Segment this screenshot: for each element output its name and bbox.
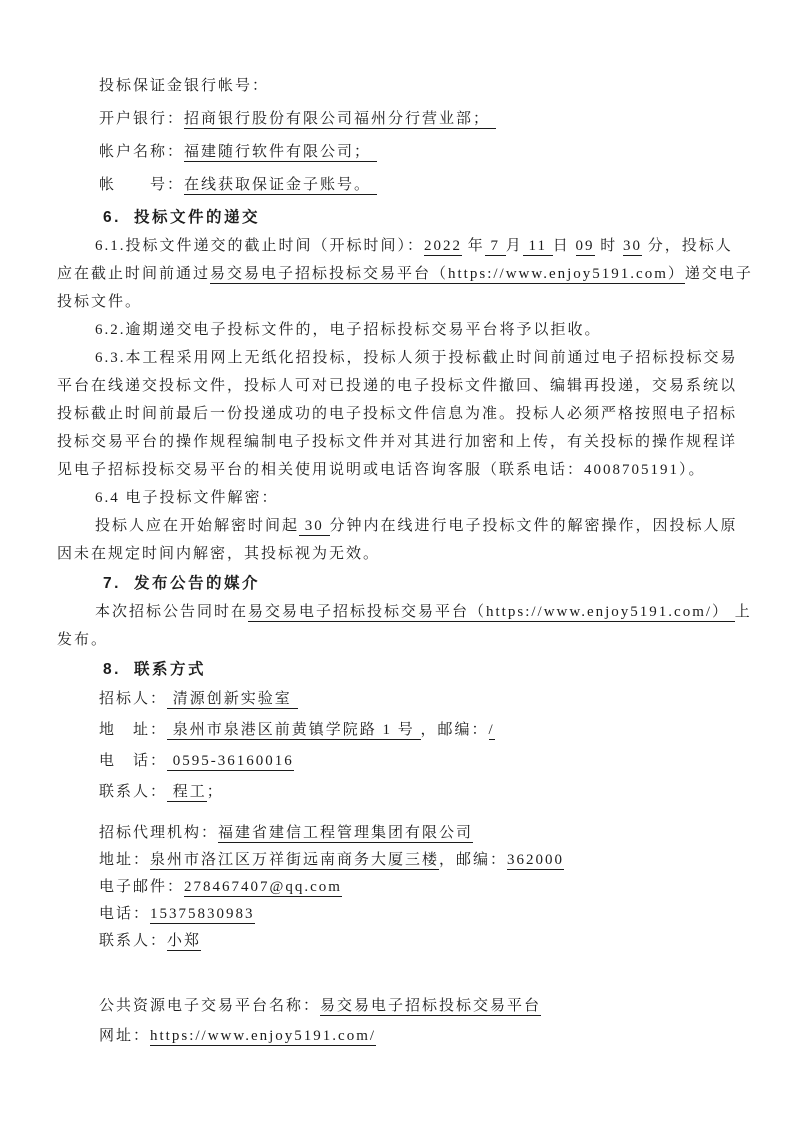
text-segment: 发布。 xyxy=(57,632,108,648)
underlined-value: 招商银行股份有限公司福州分行营业部； xyxy=(184,111,496,129)
text-segment: 投标保证金银行帐号： xyxy=(99,78,269,94)
para-6-3-line-3: 投标截止时间前最后一份投递成功的电子投标文件信息为准。投标人必须严格按照电子招标 xyxy=(57,400,755,428)
heading-title: 联系方式 xyxy=(134,661,206,678)
underlined-value: 易交易电子招标投标交易平台 xyxy=(320,998,541,1016)
bank-name-line: 开户银行：招商银行股份有限公司福州分行营业部； xyxy=(57,103,755,136)
underlined-value: 泉州市洛江区万祥街远南商务大厦三楼 xyxy=(150,852,439,870)
text-segment: 地址： xyxy=(99,852,150,868)
para-6-3-line-2: 平台在线递交投标文件，投标人可对已投递的电子投标文件撤回、编辑再投递，交易系统以 xyxy=(57,372,755,400)
text-segment: 分钟内在线进行电子投标文件的解密操作，因投标人原 xyxy=(330,518,738,534)
text-segment: ，邮编： xyxy=(421,722,489,738)
heading-title: 发布公告的媒介 xyxy=(134,575,260,592)
text-segment: 本次招标公告同时在 xyxy=(95,604,248,620)
underlined-value: 易交易电子招标投标交易平台（https://www.enjoy5191.com） xyxy=(210,266,685,284)
underlined-value: 30 xyxy=(299,518,330,536)
agency-email-line: 电子邮件：278467407@qq.com xyxy=(57,874,755,901)
underlined-value: 362000 xyxy=(507,852,564,870)
agency-contact-line: 联系人：小郑 xyxy=(57,928,755,955)
bank-deposit-account-title: 投标保证金银行帐号： xyxy=(57,70,755,103)
section-7-heading: 7.发布公告的媒介 xyxy=(57,570,755,598)
underlined-value: / xyxy=(489,722,495,740)
text-segment: ； xyxy=(207,784,224,800)
para-6-1-line-3: 投标文件。 xyxy=(57,288,755,316)
text-segment: 电话： xyxy=(99,906,150,922)
text-segment: 递交电子 xyxy=(685,266,753,282)
para-6-1-line-1: 6.1.投标文件递交的截止时间（开标时间）：2022 年 7 月 11 日 09… xyxy=(57,232,755,260)
platform-url-line: 网址：https://www.enjoy5191.com/ xyxy=(57,1021,755,1051)
text-segment: 时 xyxy=(595,238,624,254)
heading-number: 7. xyxy=(103,575,121,592)
agency-name-line: 招标代理机构：福建省建信工程管理集团有限公司 xyxy=(57,820,755,847)
text-segment: 分，投标人 xyxy=(642,238,733,254)
announce-para-line-2: 发布。 xyxy=(57,626,755,654)
underlined-value: 小郑 xyxy=(167,933,201,951)
underlined-value: 15375830983 xyxy=(150,906,255,924)
text-segment: 投标人应在开始解密时间起 xyxy=(95,518,299,534)
underlined-value: 在线获取保证金子账号。 xyxy=(184,177,377,195)
heading-number: 6. xyxy=(103,209,121,226)
underlined-value: 7 xyxy=(485,238,506,256)
text-segment: 帐 号： xyxy=(99,177,184,193)
section-6-heading: 6.投标文件的递交 xyxy=(57,204,755,232)
account-number-line: 帐 号：在线获取保证金子账号。 xyxy=(57,169,755,202)
text-segment: 月 xyxy=(506,238,523,254)
text-segment: 投标文件。 xyxy=(57,294,142,310)
underlined-value: 2022 xyxy=(424,238,462,256)
text-segment: 帐户名称： xyxy=(99,144,184,160)
underlined-value: 30 xyxy=(623,238,642,256)
text-segment: 投标截止时间前最后一份投递成功的电子投标文件信息为准。投标人必须严格按照电子招标 xyxy=(57,406,737,422)
text-segment: 招标代理机构： xyxy=(99,825,218,841)
decrypt-para-line-1: 投标人应在开始解密时间起 30 分钟内在线进行电子投标文件的解密操作，因投标人原 xyxy=(57,512,755,540)
para-6-4-title: 6.4 电子投标文件解密： xyxy=(57,484,755,512)
text-segment: 因未在规定时间内解密，其投标视为无效。 xyxy=(57,546,380,562)
document-body: 投标保证金银行帐号：开户银行：招商银行股份有限公司福州分行营业部； 帐户名称：福… xyxy=(0,0,793,1051)
text-segment: 应在截止时间前通过 xyxy=(57,266,210,282)
text-segment: 6.4 电子投标文件解密： xyxy=(95,490,279,506)
para-6-3-line-1: 6.3.本工程采用网上无纸化招投标，投标人须于投标截止时间前通过电子招标投标交易 xyxy=(57,344,755,372)
underlined-value: 程工 xyxy=(167,784,207,802)
document-page: 投标保证金银行帐号：开户银行：招商银行股份有限公司福州分行营业部； 帐户名称：福… xyxy=(0,0,793,1122)
para-6-3-line-4: 投标交易平台的操作规程编制电子投标文件并对其进行加密和上传，有关投标的操作规程详 xyxy=(57,428,755,456)
account-name-line: 帐户名称：福建随行软件有限公司； xyxy=(57,136,755,169)
agency-address-line: 地址：泉州市洛江区万祥街远南商务大厦三楼，邮编：362000 xyxy=(57,847,755,874)
heading-title: 投标文件的递交 xyxy=(134,209,260,226)
tenderer-contact-line: 联系人： 程工； xyxy=(57,777,755,808)
tenderer-name-line: 招标人： 清源创新实验室 xyxy=(57,684,755,715)
tenderer-address-line: 地 址： 泉州市泉港区前黄镇学院路 1 号 ，邮编：/ xyxy=(57,715,755,746)
underlined-value: 福建省建信工程管理集团有限公司 xyxy=(218,825,473,843)
underlined-value: 0595-36160016 xyxy=(167,753,294,771)
text-segment: 年 xyxy=(462,238,485,254)
text-segment: 6.3.本工程采用网上无纸化招投标，投标人须于投标截止时间前通过电子招标投标交易 xyxy=(95,350,738,366)
tenderer-phone-line: 电 话： 0595-36160016 xyxy=(57,746,755,777)
underlined-value: 泉州市泉港区前黄镇学院路 1 号 xyxy=(167,722,421,740)
text-segment: 电子邮件： xyxy=(99,879,184,895)
text-segment: ，邮编： xyxy=(439,852,507,868)
text-segment: 开户银行： xyxy=(99,111,184,127)
text-segment: 联系人： xyxy=(99,784,167,800)
announce-para-line-1: 本次招标公告同时在易交易电子招标投标交易平台（https://www.enjoy… xyxy=(57,598,755,626)
decrypt-para-line-2: 因未在规定时间内解密，其投标视为无效。 xyxy=(57,540,755,568)
para-6-3-line-5: 见电子招标投标交易平台的相关使用说明或电话咨询客服（联系电话：400870519… xyxy=(57,456,755,484)
underlined-value: 278467407@qq.com xyxy=(184,879,342,897)
section-8-heading: 8.联系方式 xyxy=(57,656,755,684)
underlined-value: 福建随行软件有限公司； xyxy=(184,144,377,162)
text-segment: 地 址： xyxy=(99,722,167,738)
spacer-2 xyxy=(57,955,755,991)
text-segment: 见电子招标投标交易平台的相关使用说明或电话咨询客服（联系电话：400870519… xyxy=(57,462,706,478)
text-segment: 6.1.投标文件递交的截止时间（开标时间）： xyxy=(95,238,424,254)
text-segment: 6.2.逾期递交电子投标文件的，电子招标投标交易平台将予以拒收。 xyxy=(95,322,602,338)
text-segment: 平台在线递交投标文件，投标人可对已投递的电子投标文件撤回、编辑再投递，交易系统以 xyxy=(57,378,737,394)
heading-number: 8. xyxy=(103,661,121,678)
underlined-value: https://www.enjoy5191.com/ xyxy=(150,1028,376,1046)
para-6-2: 6.2.逾期递交电子投标文件的，电子招标投标交易平台将予以拒收。 xyxy=(57,316,755,344)
text-segment: 网址： xyxy=(99,1028,150,1044)
spacer-1 xyxy=(57,808,755,820)
text-segment: 公共资源电子交易平台名称： xyxy=(99,998,320,1014)
underlined-value: 09 xyxy=(576,238,595,256)
para-6-1-line-2: 应在截止时间前通过易交易电子招标投标交易平台（https://www.enjoy… xyxy=(57,260,755,288)
underlined-value: 易交易电子招标投标交易平台（https://www.enjoy5191.com/… xyxy=(248,604,735,622)
underlined-value: 清源创新实验室 xyxy=(167,691,298,709)
platform-name-line: 公共资源电子交易平台名称：易交易电子招标投标交易平台 xyxy=(57,991,755,1021)
text-segment: 上 xyxy=(735,604,752,620)
text-segment: 投标交易平台的操作规程编制电子投标文件并对其进行加密和上传，有关投标的操作规程详 xyxy=(57,434,737,450)
agency-phone-line: 电话：15375830983 xyxy=(57,901,755,928)
text-segment: 招标人： xyxy=(99,691,167,707)
text-segment: 电 话： xyxy=(99,753,167,769)
underlined-value: 11 xyxy=(523,238,553,256)
text-segment: 联系人： xyxy=(99,933,167,949)
text-segment: 日 xyxy=(553,238,576,254)
